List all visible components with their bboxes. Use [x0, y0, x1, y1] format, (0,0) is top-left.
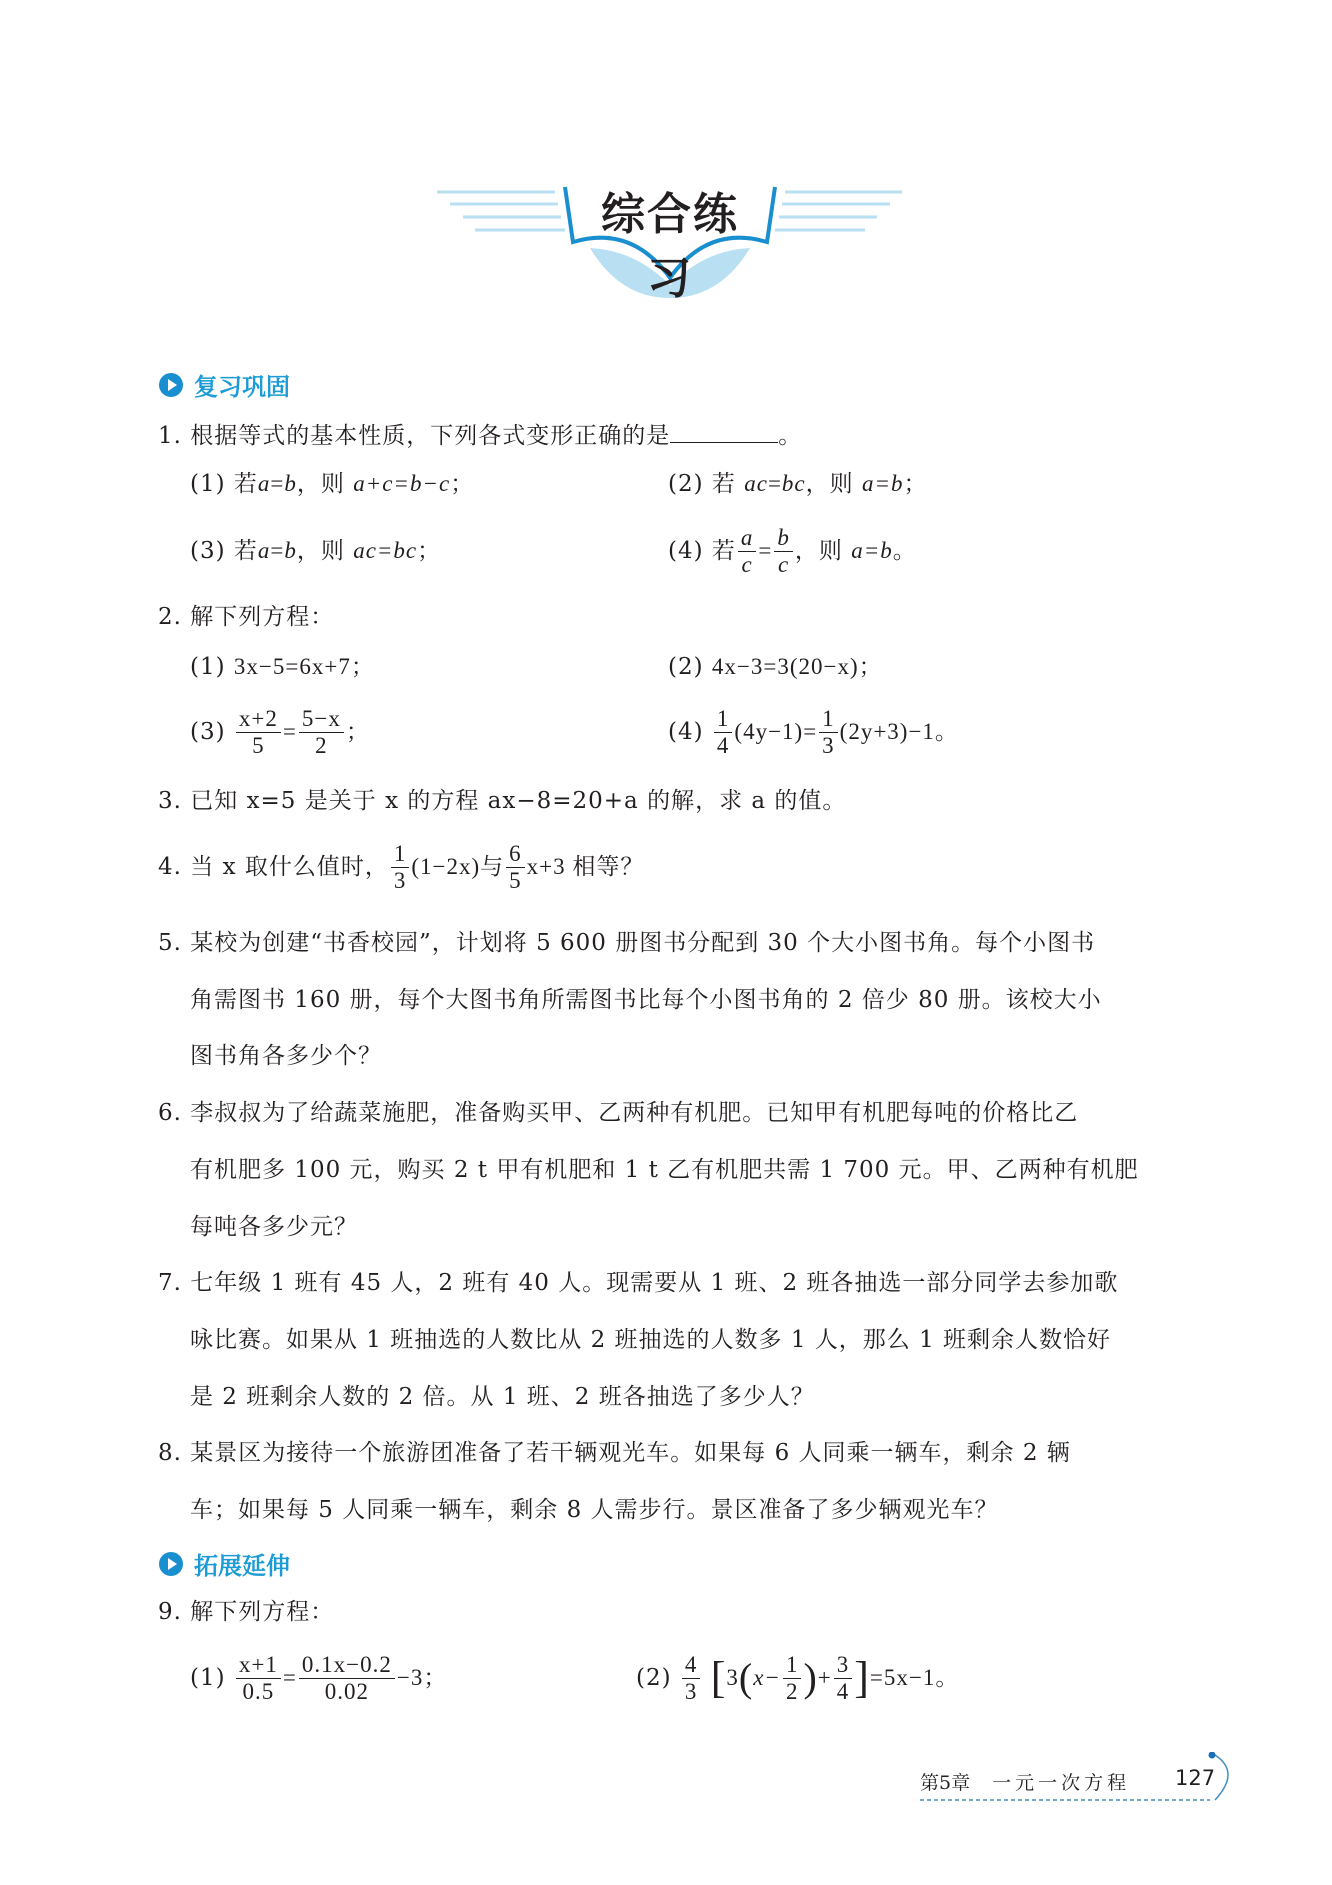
page-number: 127: [1175, 1766, 1215, 1790]
question-6-line-2: 有机肥多 100 元，购买 2 t 甲有机肥和 1 t 乙有机肥共需 1 700…: [190, 1155, 1139, 1185]
title-banner: 综合练习: [430, 170, 910, 300]
question-5-line-1: 5. 某校为创建“书香校园”，计划将 5 600 册图书分配到 30 个大小图书…: [158, 928, 1095, 958]
section-label: 复习巩固: [194, 367, 290, 402]
section-label: 拓展延伸: [194, 1546, 290, 1581]
banner-title: 综合练习: [580, 178, 760, 306]
question-1: 1. 根据等式的基本性质，下列各式变形正确的是。: [158, 420, 802, 451]
q1-option-3: (3) 若a=b，则 ac=bc；: [190, 536, 441, 566]
question-8-line-1: 8. 某景区为接待一个旅游团准备了若干辆观光车。如果每 6 人同乘一辆车，剩余 …: [158, 1438, 1071, 1468]
question-8-line-2: 车；如果每 5 人同乘一辆车，剩余 8 人需步行。景区准备了多少辆观光车？: [190, 1495, 999, 1525]
question-6-line-3: 每吨各多少元？: [190, 1212, 358, 1242]
question-5-line-3: 图书角各多少个？: [190, 1041, 382, 1071]
q2-part-2: (2) 4x−3=3(20−x)；: [668, 652, 883, 682]
question-4: 4. 当 x 取什么值时， 13(1−2x)与65x+3 相等？: [158, 835, 644, 899]
question-1-stem: 1. 根据等式的基本性质，下列各式变形正确的是: [158, 423, 670, 449]
answer-blank[interactable]: [670, 420, 778, 443]
question-3: 3. 已知 x=5 是关于 x 的方程 ax−8=20+a 的解，求 a 的值。: [158, 786, 846, 816]
footer-title: 一元一次方程: [992, 1768, 1130, 1795]
q1-option-4: (4) 若 ac=bc，则 a=b。: [668, 520, 917, 582]
question-6-line-1: 6. 李叔叔为了给蔬菜施肥，准备购买甲、乙两种有机肥。已知甲有机肥每吨的价格比乙: [158, 1098, 1078, 1128]
footer-chapter: 第5章: [920, 1768, 970, 1795]
q9-part-1: (1) x+10.5=0.1x−0.20.02−3；: [190, 1645, 447, 1711]
q2-part-4: (4) 14(4y−1)=13(2y+3)−1。: [668, 700, 959, 764]
question-7-line-3: 是 2 班剩余人数的 2 倍。从 1 班、2 班各抽选了多少人？: [190, 1382, 815, 1412]
q2-part-1: (1) 3x−5=6x+7；: [190, 652, 375, 682]
section-header-review: 复习巩固: [158, 367, 290, 402]
q1-option-1: (1) 若a=b，则 a+c=b−c；: [190, 469, 474, 499]
page-footer: 第5章 一元一次方程 127: [915, 1752, 1230, 1812]
q2-part-3: (3) x+25=5−x2；: [190, 700, 370, 764]
question-7-line-2: 咏比赛。如果从 1 班抽选的人数比从 2 班抽选的人数多 1 人，那么 1 班剩…: [190, 1325, 1111, 1355]
q9-part-2: (2) 43 [3(x−12)+34]=5x−1。: [636, 1645, 959, 1711]
question-9: 9. 解下列方程：: [158, 1597, 334, 1627]
question-2: 2. 解下列方程：: [158, 602, 334, 632]
question-5-line-2: 角需图书 160 册，每个大图书角所需图书比每个小图书角的 2 倍少 80 册。…: [190, 985, 1102, 1015]
q1-option-2: (2) 若 ac=bc，则 a=b；: [668, 469, 927, 499]
play-circle-icon: [158, 1551, 184, 1577]
section-header-extension: 拓展延伸: [158, 1546, 290, 1581]
play-circle-icon: [158, 372, 184, 398]
question-7-line-1: 7. 七年级 1 班有 45 人，2 班有 40 人。现需要从 1 班、2 班各…: [158, 1268, 1118, 1298]
